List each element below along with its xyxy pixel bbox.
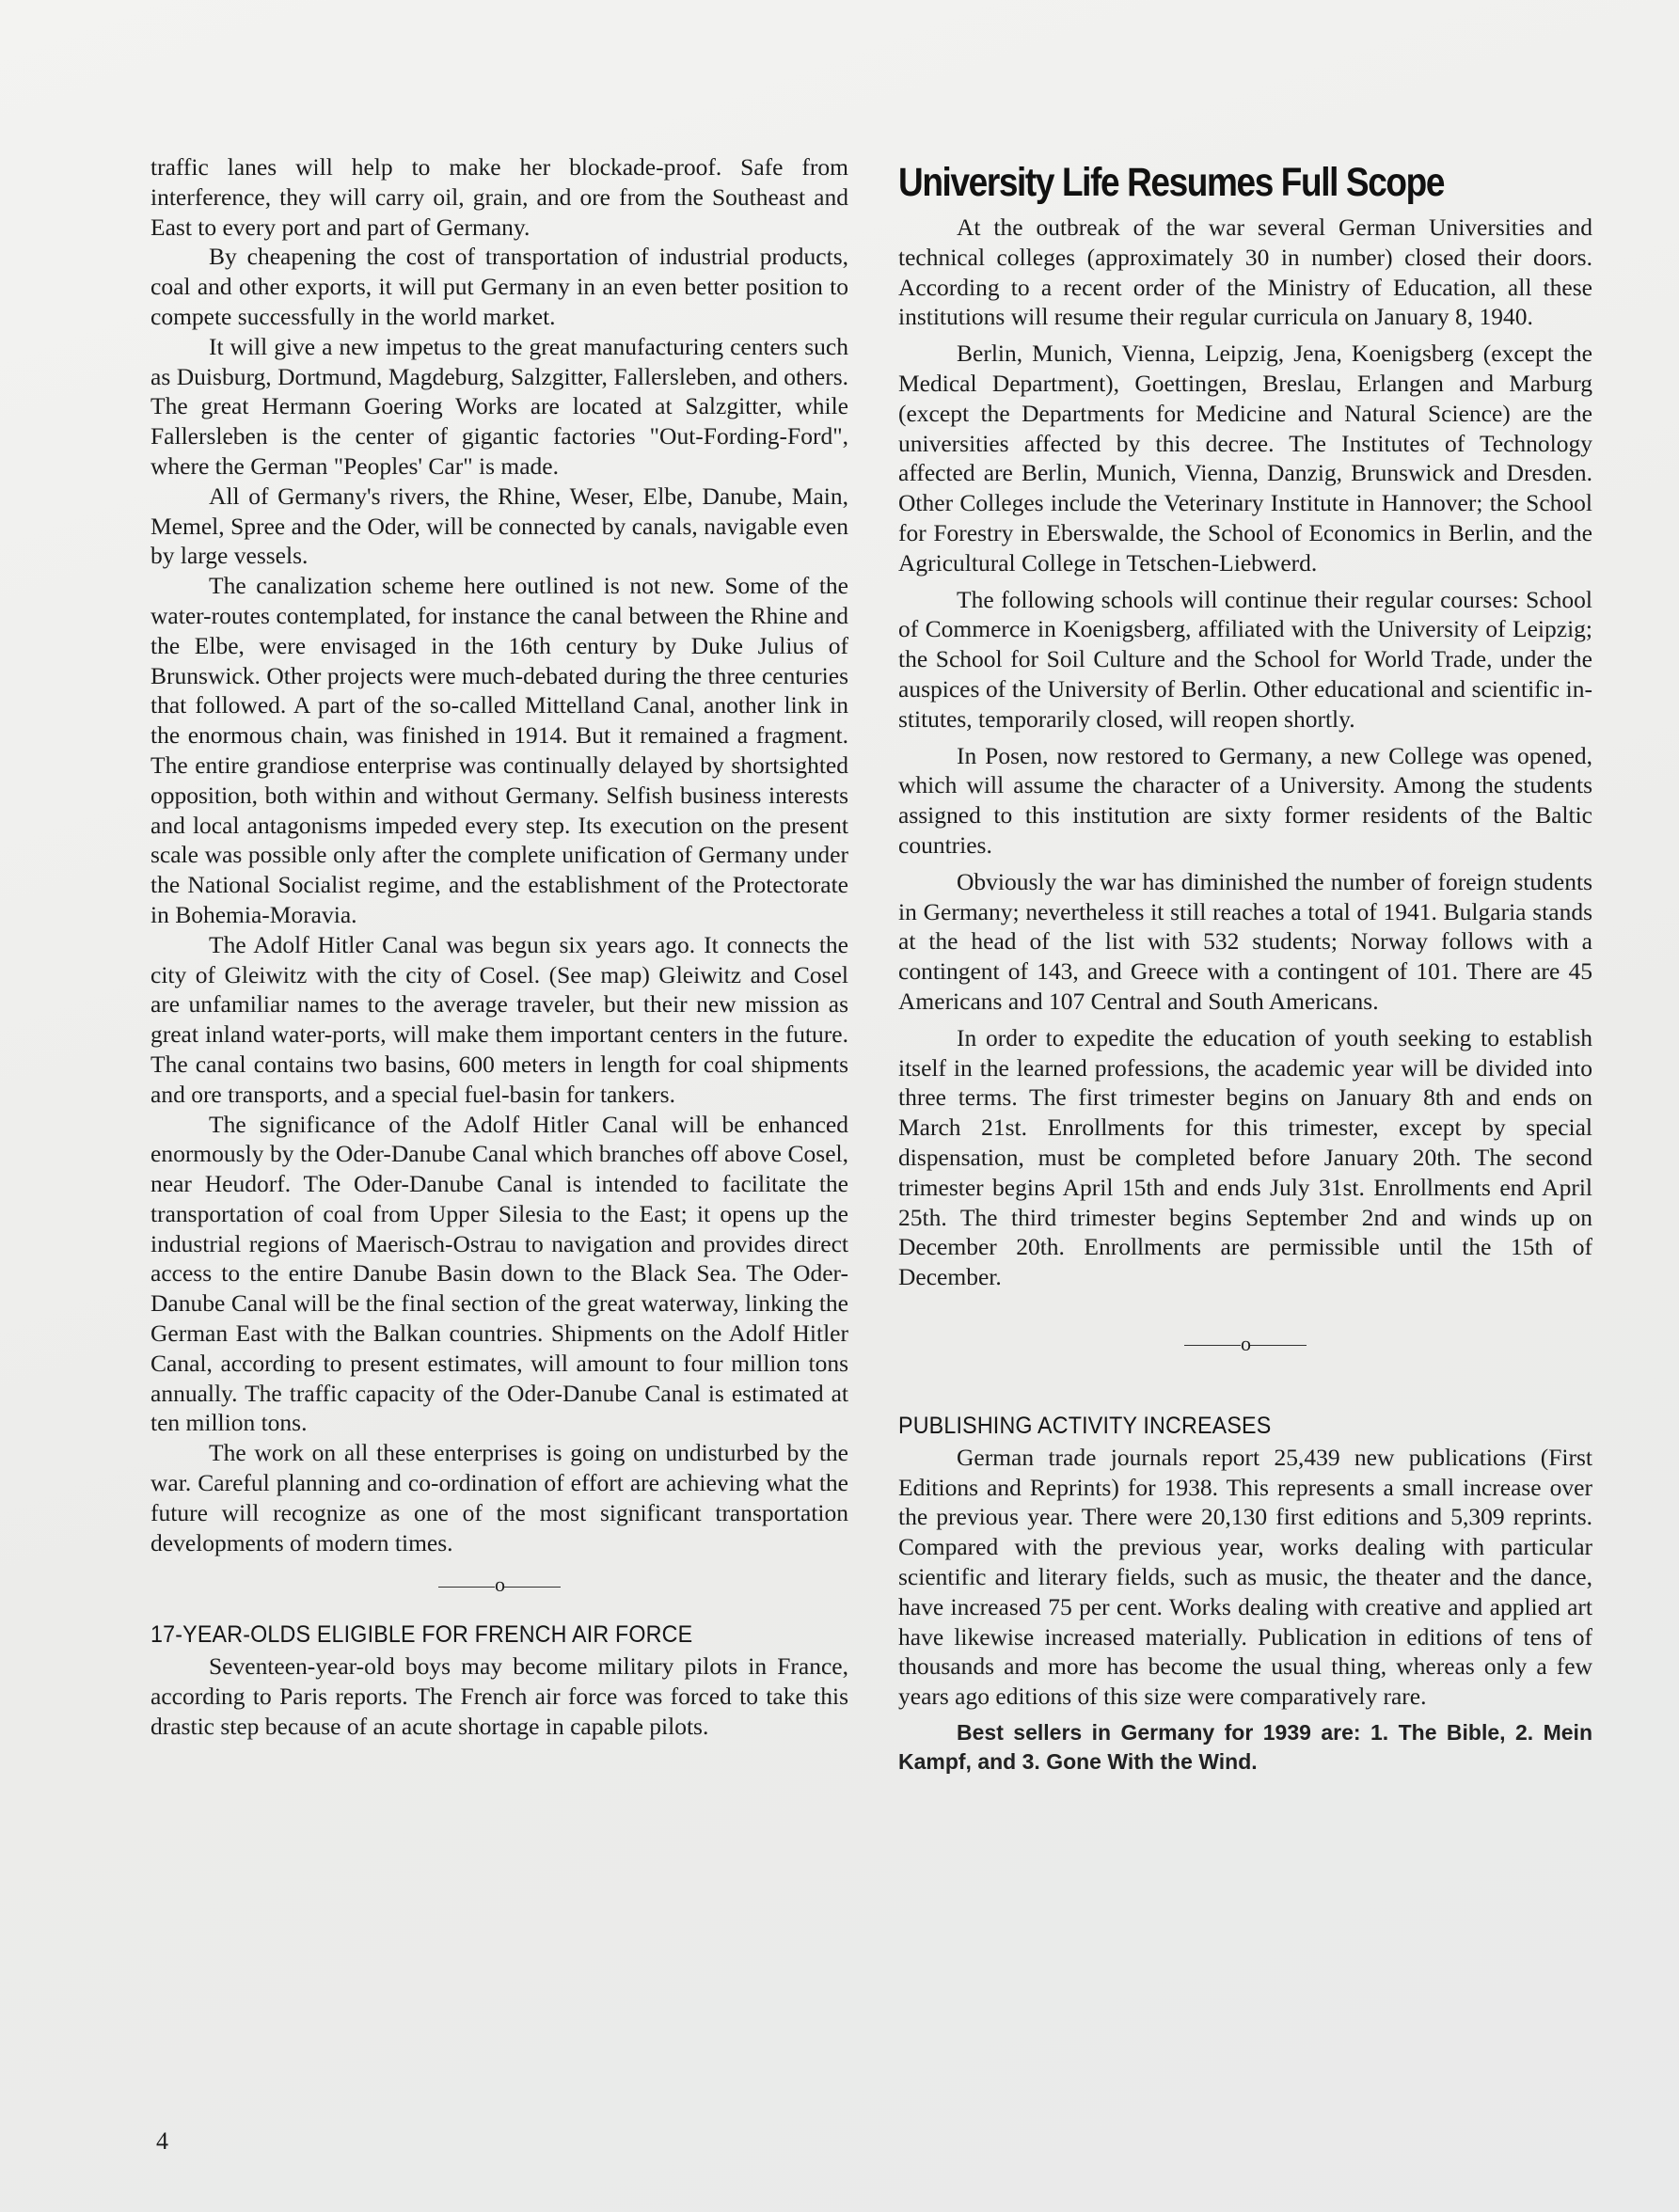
paragraph: At the outbreak of the war several Germa… (898, 213, 1592, 332)
paragraph: In order to expedite the education of yo… (898, 1023, 1592, 1292)
paragraph: All of Germany's rivers, the Rhine, Wese… (150, 482, 848, 571)
right-column: University Life Resumes Full Scope At th… (898, 158, 1592, 1783)
paragraph: By cheapening the cost of transportation… (150, 242, 848, 331)
separator-rule (438, 1587, 495, 1588)
bestsellers-note: Best sellers in Germany for 1939 are: 1.… (898, 1718, 1592, 1777)
article-headline: University Life Resumes Full Scope (898, 158, 1496, 207)
paragraph: The work on all these enterprises is goi… (150, 1438, 848, 1557)
separator-rule (1250, 1345, 1307, 1346)
paragraph: German trade journals report 25,439 new … (898, 1443, 1592, 1712)
separator-mark: o (495, 1572, 504, 1596)
paragraph: In Posen, now restored to Germany, a new… (898, 741, 1592, 861)
paragraph: The Adolf Hitler Canal was begun six yea… (150, 930, 848, 1110)
separator-rule (504, 1587, 561, 1588)
paragraph: It will give a new impetus to the great … (150, 332, 848, 482)
article-heading: PUBLISHING ACTIVITY INCREASES (898, 1411, 1544, 1441)
paragraph: traffic lanes will help to make her bloc… (150, 152, 848, 242)
page: traffic lanes will help to make her bloc… (0, 0, 1679, 2212)
paragraph: The canalization scheme here outlined is… (150, 571, 848, 930)
paragraph: Berlin, Munich, Vienna, Leipzig, Jena, K… (898, 339, 1592, 577)
separator-mark: o (1241, 1332, 1250, 1355)
page-number: 4 (156, 2127, 168, 2156)
paragraph: The significance of the Adolf Hitler Can… (150, 1110, 848, 1439)
separator-rule (1184, 1345, 1241, 1346)
left-column: traffic lanes will help to make her bloc… (150, 152, 848, 1742)
paragraph: The following schools will continue thei… (898, 585, 1592, 735)
paragraph: Seventeen-year-old boys may become milit… (150, 1651, 848, 1741)
section-separator: o (898, 1330, 1592, 1358)
paragraph: Obviously the war has diminished the num… (898, 867, 1592, 1017)
section-separator: o (150, 1571, 848, 1599)
article-heading: 17-YEAR-OLDS ELIGIBLE FOR FRENCH AIR FOR… (150, 1619, 800, 1650)
